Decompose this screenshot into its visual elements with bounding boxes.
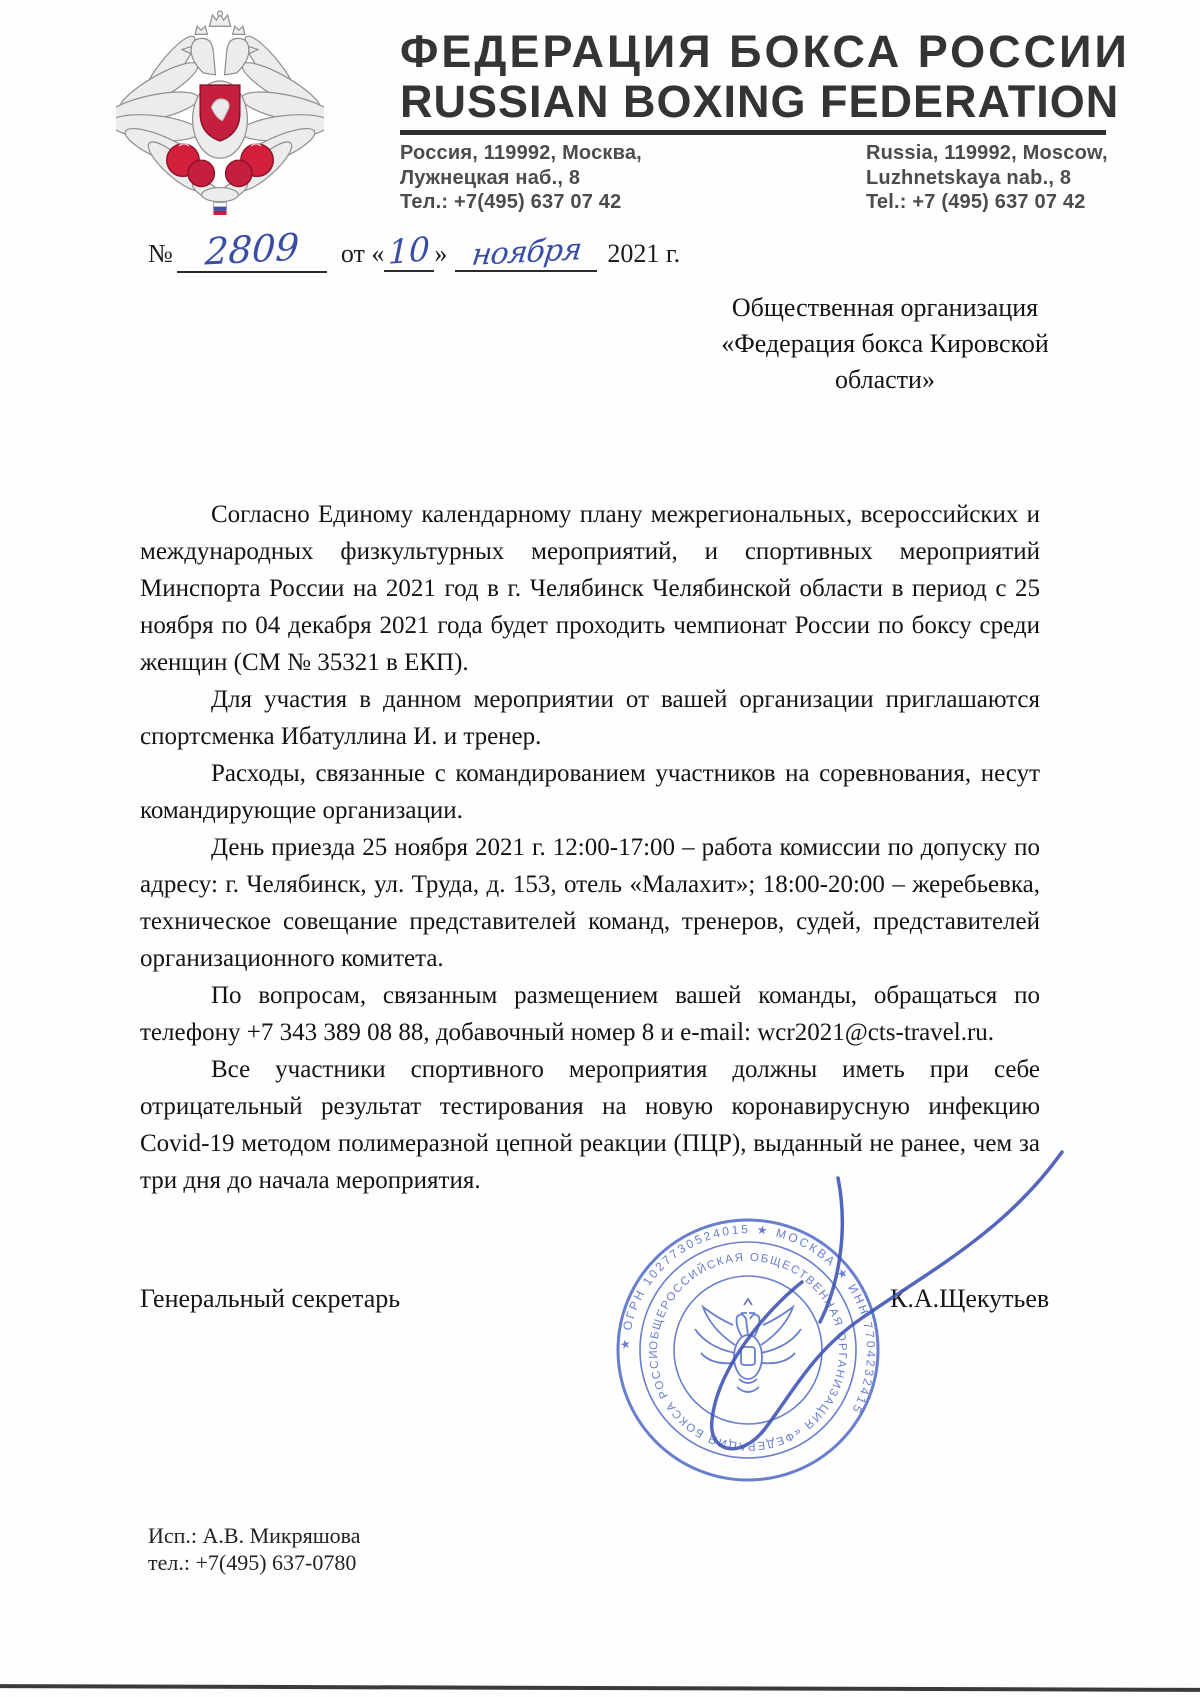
signer-title: Генеральный секретарь — [140, 1284, 400, 1314]
executor-phone: тел.: +7(495) 637-0780 — [148, 1549, 361, 1576]
ref-month-handwritten: ноября — [470, 232, 583, 273]
address-block-en: Russia, 119992, Moscow, Luzhnetskaya nab… — [866, 141, 1108, 215]
ref-from-label: от « — [341, 239, 385, 269]
letter-body: Согласно Единому календарному плану межр… — [140, 496, 1040, 1199]
executor-block: Исп.: А.В. Микряшова тел.: +7(495) 637-0… — [148, 1522, 361, 1576]
scan-artifact-line — [0, 1684, 1200, 1692]
address-en-line2: Luzhnetskaya nab., 8 — [866, 166, 1108, 191]
address-ru-line3: Тел.: +7(495) 637 07 42 — [400, 190, 642, 215]
address-en-line1: Russia, 119992, Moscow, — [866, 141, 1108, 166]
ref-day-handwritten: 10 — [388, 229, 431, 272]
letter-page: ФЕДЕРАЦИЯ БОКСА РОССИИ RUSSIAN BOXING FE… — [0, 0, 1200, 1697]
stamp-eagle-icon — [695, 1299, 801, 1392]
ref-line: № 2809 от « 10 » ноября 2021 г. — [148, 228, 680, 273]
header-rule — [400, 130, 1106, 135]
address-en-line3: Tel.: +7 (495) 637 07 42 — [866, 190, 1108, 215]
signer-name: К.А.Щекутьев — [890, 1284, 1050, 1314]
paragraph: По вопросам, связанным размещением вашей… — [140, 977, 1040, 1051]
paragraph: Для участия в данном мероприятии от ваше… — [140, 681, 1040, 755]
paragraph: Согласно Единому календарному плану межр… — [140, 496, 1040, 681]
ref-number-label: № — [148, 239, 173, 269]
paragraph: Все участники спортивного мероприятия до… — [140, 1051, 1040, 1199]
org-title-en: RUSSIAN BOXING FEDERATION — [400, 76, 1110, 128]
paragraph: Расходы, связанные с командированием уча… — [140, 755, 1040, 829]
recipient-block: Общественная организация «Федерация бокс… — [660, 290, 1110, 398]
round-stamp: ★ ОГРН 1027730524015 ★ МОСКВА ★ ИНН 7704… — [615, 1217, 881, 1483]
executor-name: Исп.: А.В. Микряшова — [148, 1522, 361, 1549]
address-block-ru: Россия, 119992, Москва, Лужнецкая наб., … — [400, 141, 642, 215]
recipient-line1: Общественная организация — [660, 290, 1110, 326]
ref-year: 2021 г. — [607, 239, 680, 269]
ref-day-slot: 10 — [384, 231, 434, 272]
address-ru-line2: Лужнецкая наб., 8 — [400, 166, 642, 191]
ref-quote-close: » — [434, 239, 447, 269]
ref-month-slot: ноября — [455, 235, 597, 272]
paragraph: День приезда 25 ноября 2021 г. 12:00-17:… — [140, 829, 1040, 977]
ref-number-handwritten: 2809 — [204, 225, 300, 273]
org-title-ru: ФЕДЕРАЦИЯ БОКСА РОССИИ — [400, 26, 1110, 78]
boxing-federation-emblem-icon — [116, 10, 324, 218]
ref-number-slot: 2809 — [177, 228, 327, 273]
recipient-line2: «Федерация бокса Кировской — [660, 326, 1110, 362]
address-ru-line1: Россия, 119992, Москва, — [400, 141, 642, 166]
recipient-line3: области» — [660, 362, 1110, 398]
